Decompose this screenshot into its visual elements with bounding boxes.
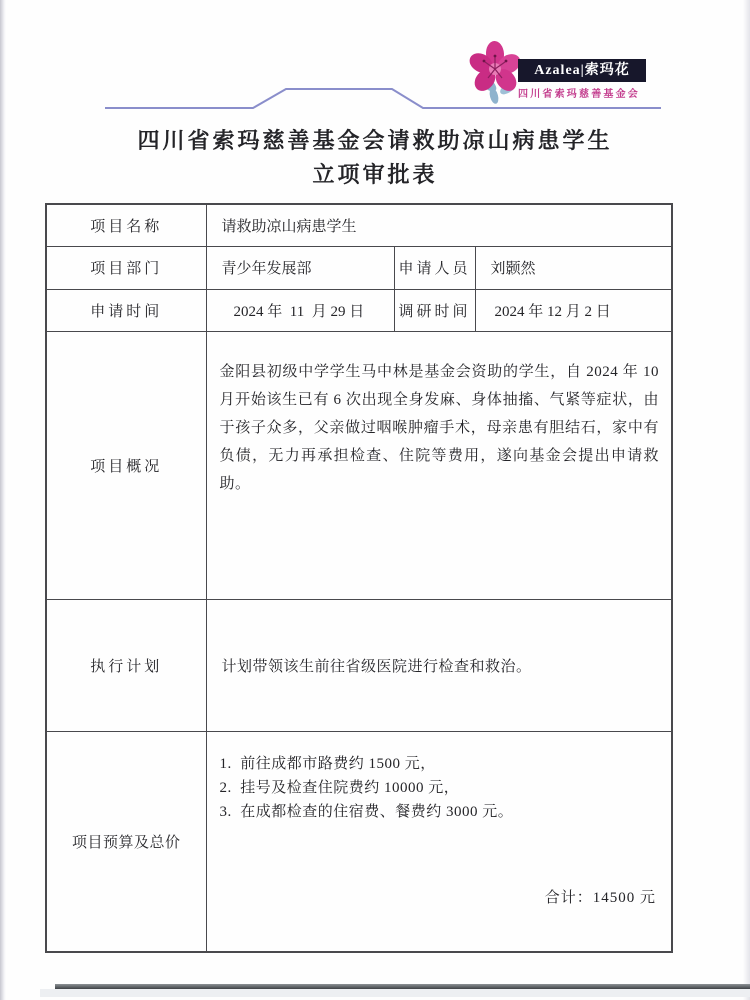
budget-label: 项目预算及总价 [46,731,206,952]
document-title-line2: 立项审批表 [0,158,750,189]
approval-form-table: 项目名称 请救助凉山病患学生 项目部门 青少年发展部 申请人员 刘颢然 申请时间… [45,203,673,953]
scanned-document-page: Azalea|索玛花 四川省索玛慈善基金会 四川省索玛慈善基金会请救助凉山病患学… [0,0,750,1000]
budget-item-1: 1. 前往成都市路费约 1500 元， [220,752,657,776]
row-apply-time: 申请时间 2024 年 11 月 29 日 调研时间 2024 年 12 月 2… [46,289,672,331]
department-value: 青少年发展部 [206,246,394,289]
row-plan: 执行计划 计划带领该生前往省级医院进行检查和救治。 [46,599,672,731]
budget-item-3: 3. 在成都检查的住宿费、餐费约 3000 元。 [220,800,657,824]
research-time-label: 调研时间 [394,289,475,331]
overview-text: 金阳县初级中学学生马中林是基金会资助的学生，自 2024 年 10 月开始该生已… [220,358,660,498]
document-title-line1: 四川省索玛慈善基金会请救助凉山病患学生 [0,124,750,155]
department-label: 项目部门 [46,246,206,289]
apply-time-label: 申请时间 [46,289,206,331]
budget-item-2: 2. 挂号及检查住院费约 10000 元， [220,776,657,800]
project-name-label: 项目名称 [46,204,206,246]
row-budget: 项目预算及总价 1. 前往成都市路费约 1500 元， 2. 挂号及检查住院费约… [46,731,672,952]
budget-cell: 1. 前往成都市路费约 1500 元， 2. 挂号及检查住院费约 10000 元… [206,731,672,952]
plan-value: 计划带领该生前往省级医院进行检查和救治。 [206,599,672,731]
scan-edge-bottom-light [40,989,750,997]
apply-time-value: 2024 年 11 月 29 日 [206,289,394,331]
row-department: 项目部门 青少年发展部 申请人员 刘颢然 [46,246,672,289]
project-name-value: 请救助凉山病患学生 [206,204,672,246]
overview-cell: 金阳县初级中学学生马中林是基金会资助的学生，自 2024 年 10 月开始该生已… [206,331,672,599]
scan-edge-bottom [55,984,750,989]
overview-label: 项目概况 [46,331,206,599]
logo-banner-text: Azalea|索玛花 [518,59,646,82]
applicant-value: 刘颢然 [475,246,672,289]
azalea-flower-icon [464,40,526,106]
plan-label: 执行计划 [46,599,206,731]
research-time-value: 2024 年 12 月 2 日 [475,289,672,331]
row-overview: 项目概况 金阳县初级中学学生马中林是基金会资助的学生，自 2024 年 10 月… [46,331,672,599]
applicant-label: 申请人员 [394,246,475,289]
row-project-name: 项目名称 请救助凉山病患学生 [46,204,672,246]
foundation-logo: Azalea|索玛花 四川省索玛慈善基金会 [462,40,652,106]
logo-subtitle: 四川省索玛慈善基金会 [518,85,646,100]
budget-total: 合计：14500 元 [220,886,657,907]
